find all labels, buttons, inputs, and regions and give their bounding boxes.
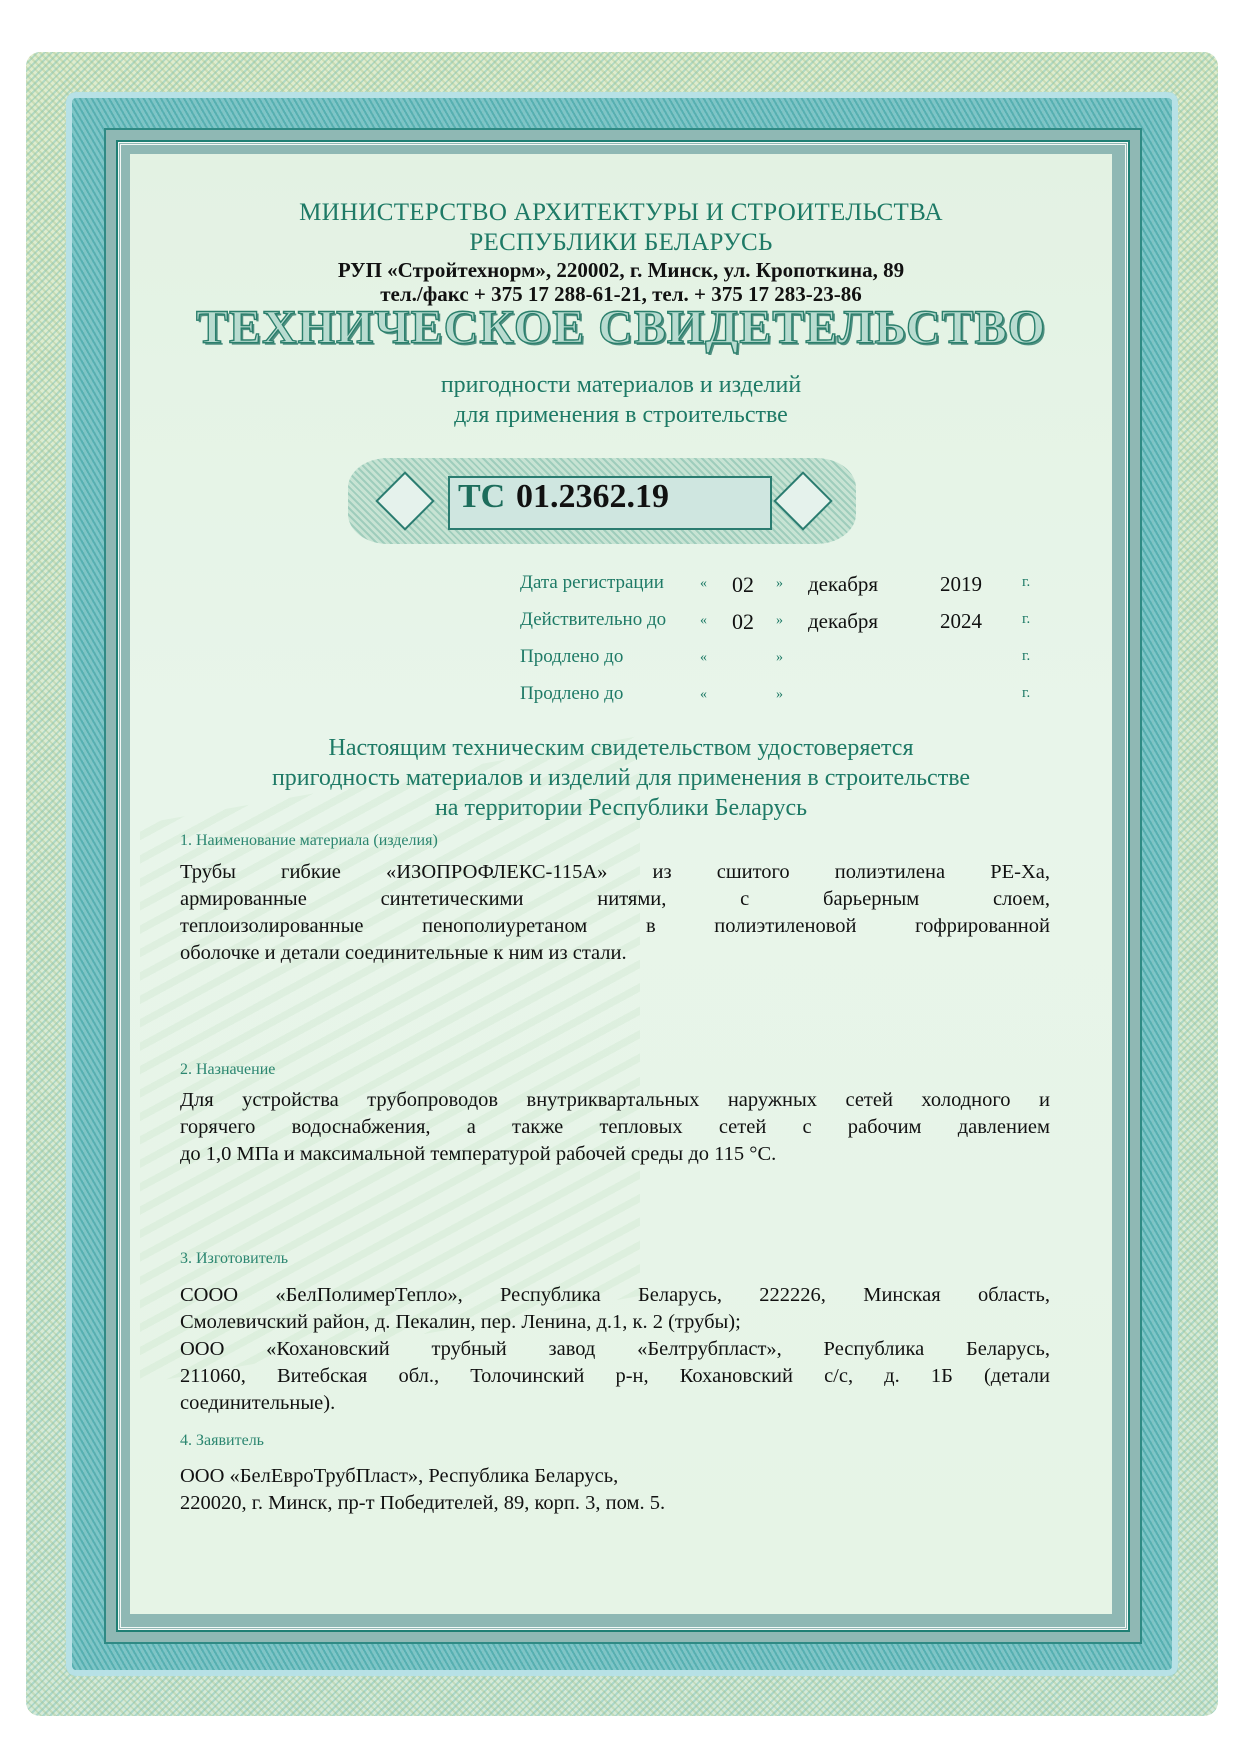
body-line: ООО «БелЕвроТрубПласт», Республика Белар… — [180, 1463, 1050, 1490]
ministry-line-1: МИНИСТЕРСТВО АРХИТЕКТУРЫ И СТРОИТЕЛЬСТВА — [0, 198, 1242, 228]
body-line: СООО «БелПолимерТепло», Республика Белар… — [180, 1282, 1050, 1309]
body-line: 211060, Витебская обл., Толочинский р-н,… — [180, 1363, 1050, 1390]
ornament-diamond-left-icon — [375, 471, 434, 530]
date-day: 02 — [732, 572, 754, 598]
section-label-purpose: 2. Назначение — [180, 1061, 275, 1079]
date-year: 2024 — [940, 609, 982, 634]
date-month: декабря — [808, 609, 878, 634]
body-line: 220020, г. Минск, пр-т Победителей, 89, … — [180, 1490, 1050, 1517]
year-suffix: г. — [1022, 611, 1030, 628]
year-suffix: г. — [1022, 574, 1030, 591]
date-row-registration: Дата регистрации « 02 » декабря 2019 г. — [0, 572, 1242, 602]
body-line: Трубы гибкие «ИЗОПРОФЛЕКС-115А» из сшито… — [180, 859, 1050, 886]
ministry-line-2: РЕСПУБЛИКИ БЕЛАРУСЬ — [0, 228, 1242, 258]
year-suffix: г. — [1022, 648, 1030, 665]
date-label: Действительно до — [520, 609, 666, 631]
section-body-purpose: Для устройства трубопроводов внутрикварт… — [180, 1087, 1050, 1168]
close-quote: » — [776, 576, 783, 592]
open-quote: « — [700, 687, 707, 703]
subtitle-line-1: пригодности материалов и изделий — [0, 370, 1242, 400]
open-quote: « — [700, 650, 707, 666]
certificate-number: 01.2362.19 — [516, 478, 669, 516]
body-line: соединительные). — [180, 1390, 1050, 1417]
close-quote: » — [776, 687, 783, 703]
close-quote: » — [776, 613, 783, 629]
section-label-material: 1. Наименование материала (изделия) — [180, 832, 438, 850]
date-row-extended-1: Продлено до « » г. — [0, 646, 1242, 676]
document-title: ТЕХНИЧЕСКОЕ СВИДЕТЕЛЬСТВО — [0, 300, 1242, 355]
date-label: Продлено до — [520, 683, 623, 705]
section-body-manufacturer: СООО «БелПолимерТепло», Республика Белар… — [180, 1282, 1050, 1417]
body-line: оболочке и детали соединительные к ним и… — [180, 940, 1050, 967]
body-line: Для устройства трубопроводов внутрикварт… — [180, 1087, 1050, 1114]
open-quote: « — [700, 576, 707, 592]
issuer-address: РУП «Стройтехнорм», 220002, г. Минск, ул… — [0, 258, 1242, 282]
certificate-content: МИНИСТЕРСТВО АРХИТЕКТУРЫ И СТРОИТЕЛЬСТВА… — [0, 0, 1242, 1754]
date-day: 02 — [732, 609, 754, 635]
date-label: Продлено до — [520, 646, 623, 668]
section-label-applicant: 4. Заявитель — [180, 1432, 264, 1450]
body-line: горячего водоснабжения, а также тепловых… — [180, 1114, 1050, 1141]
declaration-line-1: Настоящим техническим свидетельством удо… — [0, 733, 1242, 763]
date-year: 2019 — [940, 572, 982, 597]
certificate-number-badge: ТС 01.2362.19 — [348, 458, 856, 544]
section-label-manufacturer: 3. Изготовитель — [180, 1250, 288, 1268]
close-quote: » — [776, 650, 783, 666]
subtitle-line-2: для применения в строительстве — [0, 400, 1242, 430]
date-month: декабря — [808, 572, 878, 597]
body-line: Смолевичский район, д. Пекалин, пер. Лен… — [180, 1309, 1050, 1336]
date-label: Дата регистрации — [520, 572, 664, 594]
section-body-material: Трубы гибкие «ИЗОПРОФЛЕКС-115А» из сшито… — [180, 859, 1050, 967]
year-suffix: г. — [1022, 685, 1030, 702]
date-row-extended-2: Продлено до « » г. — [0, 683, 1242, 713]
declaration-line-2: пригодность материалов и изделий для при… — [0, 763, 1242, 793]
body-line: до 1,0 МПа и максимальной температурой р… — [180, 1141, 1050, 1168]
section-body-applicant: ООО «БелЕвроТрубПласт», Республика Белар… — [180, 1463, 1050, 1517]
body-line: теплоизолированные пенополиуретаном в по… — [180, 913, 1050, 940]
body-line: ООО «Кохановский трубный завод «Белтрубп… — [180, 1336, 1050, 1363]
ornament-diamond-right-icon — [773, 471, 832, 530]
open-quote: « — [700, 613, 707, 629]
body-line: армированные синтетическими нитями, с ба… — [180, 886, 1050, 913]
declaration-line-3: на территории Республики Беларусь — [0, 793, 1242, 823]
date-row-valid-until: Действительно до « 02 » декабря 2024 г. — [0, 609, 1242, 639]
certificate-prefix: ТС — [458, 478, 505, 516]
